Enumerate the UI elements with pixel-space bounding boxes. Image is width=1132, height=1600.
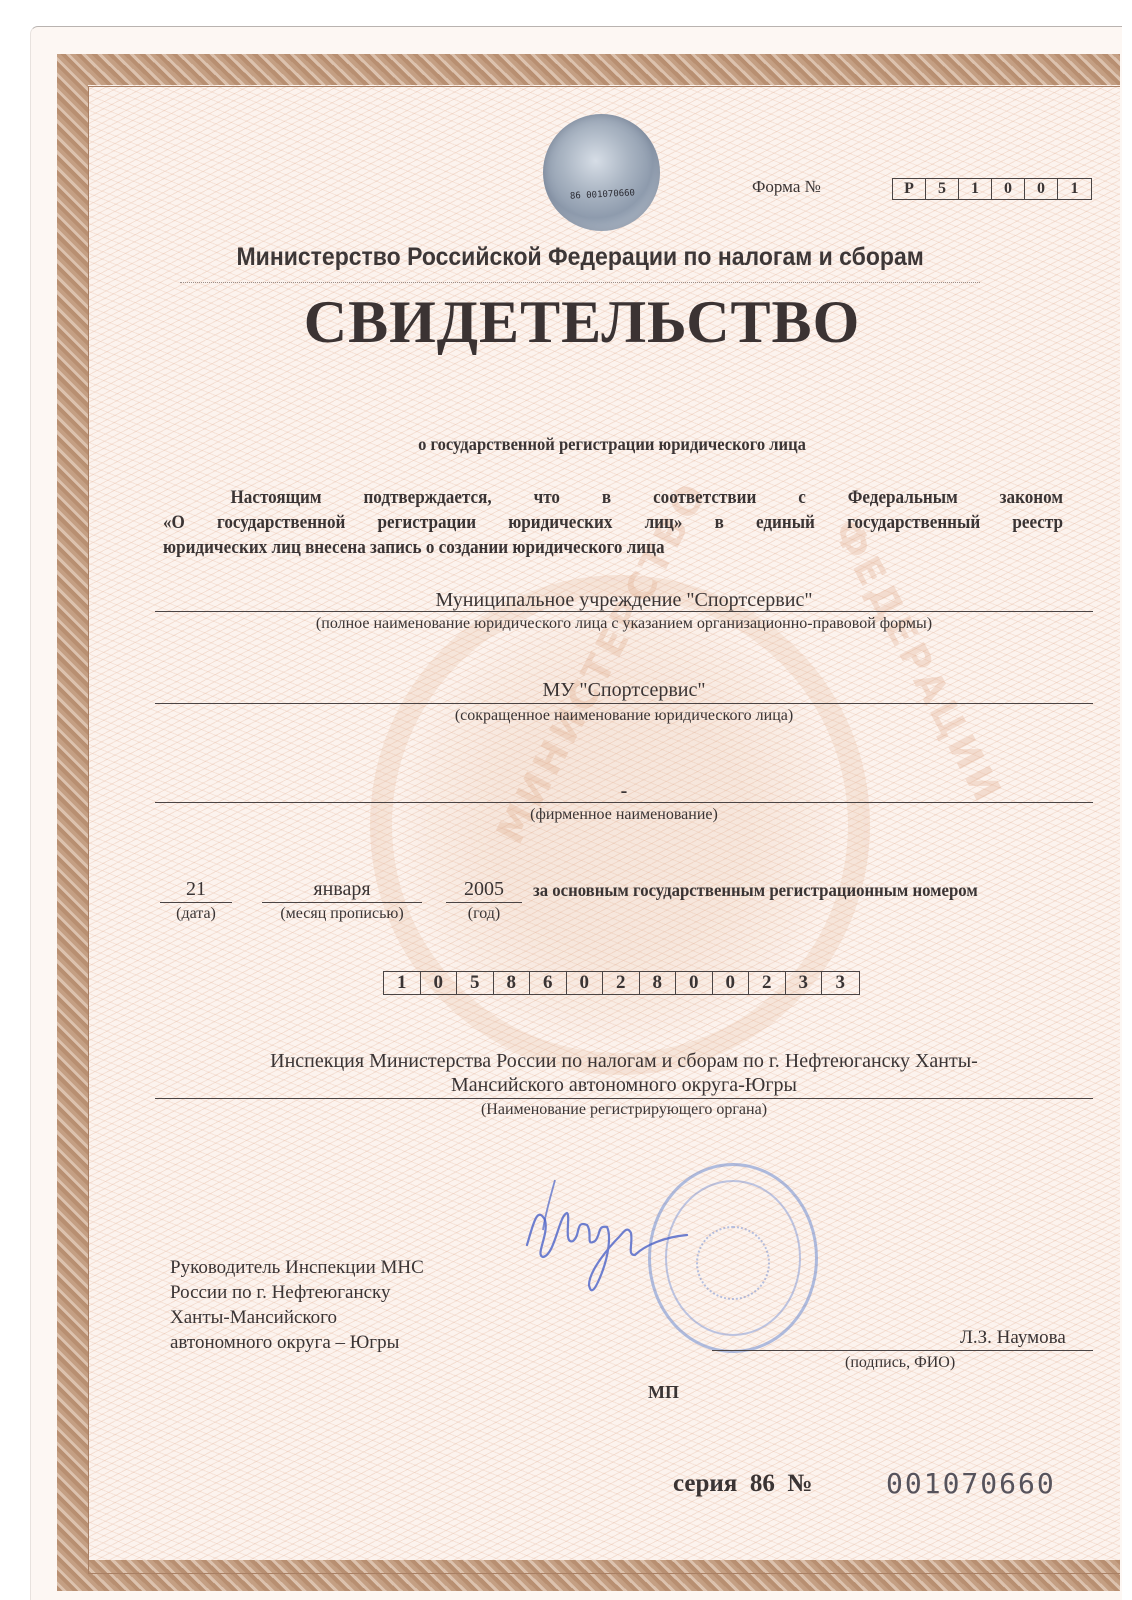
dotted-divider <box>180 282 980 283</box>
intro-line-1: Настоящим подтверждается, что в соответс… <box>231 487 1064 508</box>
ogrn-boxes: 1058602800233 <box>383 971 860 995</box>
signer-position-line: Руководитель Инспекции МНС <box>170 1255 424 1280</box>
digit-cell: 1 <box>959 179 992 199</box>
intro-line-3: юридических лиц внесена запись о создани… <box>163 535 1063 560</box>
full-name-value: Муниципальное учреждение "Спортсервис" <box>155 589 1093 612</box>
short-name-caption: (сокращенное наименование юридического л… <box>155 707 1093 725</box>
seal-mark-label: МП <box>648 1382 679 1403</box>
digit-cell: 0 <box>676 972 713 994</box>
brand-name-underline <box>155 802 1093 803</box>
intro-paragraph: Настоящим подтверждается, что в соответс… <box>163 485 1063 560</box>
short-name-value: МУ "Спортсервис" <box>155 679 1093 702</box>
date-day-caption: (дата) <box>160 905 232 923</box>
digit-cell: 3 <box>822 972 859 994</box>
signer-position: Руководитель Инспекции МНС России по г. … <box>170 1255 424 1355</box>
registration-number-label: за основным государственным регистрацион… <box>533 880 978 901</box>
date-month-value: января <box>262 878 422 901</box>
form-label: Форма № <box>752 177 821 197</box>
signer-position-line: автономного округа – Югры <box>170 1330 424 1355</box>
digit-cell: 1 <box>384 972 421 994</box>
digit-cell: 2 <box>603 972 640 994</box>
digit-cell: 1 <box>1058 179 1091 199</box>
full-name-underline <box>155 611 1093 612</box>
date-day-underline <box>160 902 232 903</box>
authority-line-2: Мансийского автономного округа-Югры <box>155 1073 1093 1097</box>
digit-cell: 2 <box>749 972 786 994</box>
digit-cell: 6 <box>530 972 567 994</box>
digit-cell: 3 <box>786 972 823 994</box>
digit-cell: 0 <box>1025 179 1058 199</box>
digit-cell: 0 <box>992 179 1025 199</box>
short-name-underline <box>155 703 1093 704</box>
serial-number: 001070660 <box>886 1467 1056 1500</box>
authority-caption: (Наименование регистрирующего органа) <box>155 1101 1093 1119</box>
date-month-caption: (месяц прописью) <box>262 905 422 923</box>
brand-name-value: - <box>155 780 1093 803</box>
form-code-boxes: Р51001 <box>892 178 1092 200</box>
signer-position-line: Ханты-Мансийского <box>170 1305 424 1330</box>
digit-cell: Р <box>893 179 926 199</box>
brand-name-caption: (фирменное наименование) <box>155 806 1093 824</box>
intro-line-2: «О государственной регистрации юридическ… <box>163 510 1063 535</box>
date-day-value: 21 <box>160 878 232 901</box>
signature-caption: (подпись, ФИО) <box>845 1354 955 1372</box>
date-year-underline <box>446 902 522 903</box>
digit-cell: 8 <box>640 972 677 994</box>
signer-name: Л.З. Наумова <box>960 1327 1066 1349</box>
signature-underline <box>712 1350 1093 1351</box>
document-subtitle: о государственной регистрации юридическо… <box>49 434 1132 455</box>
full-name-caption: (полное наименование юридического лица с… <box>155 615 1093 633</box>
digit-cell: 5 <box>926 179 959 199</box>
date-year-value: 2005 <box>446 878 522 901</box>
date-year-caption: (год) <box>446 905 522 923</box>
hologram-seal <box>543 114 660 231</box>
handwritten-signature <box>515 1175 715 1305</box>
document-title: СВИДЕТЕЛЬСТВО <box>0 288 1132 357</box>
signer-position-line: России по г. Нефтеюганску <box>170 1280 424 1305</box>
authority-underline <box>155 1098 1093 1099</box>
digit-cell: 0 <box>713 972 750 994</box>
ministry-name: Министерство Российской Федерации по нал… <box>47 243 1114 272</box>
series-label: серия 86 № <box>673 1470 812 1498</box>
digit-cell: 5 <box>457 972 494 994</box>
digit-cell: 8 <box>494 972 531 994</box>
authority-line-1: Инспекция Министерства России по налогам… <box>155 1049 1093 1073</box>
digit-cell: 0 <box>567 972 604 994</box>
digit-cell: 0 <box>421 972 458 994</box>
date-month-underline <box>262 902 422 903</box>
